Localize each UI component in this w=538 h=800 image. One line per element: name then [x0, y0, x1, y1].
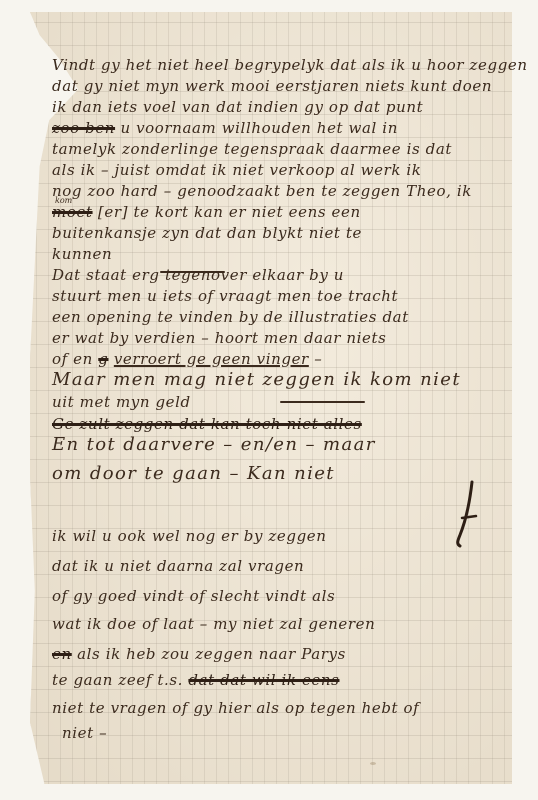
- text-line-24: wat ik doe of laat – my niet zal generen: [52, 615, 375, 633]
- text-line-11: Dat staat erg tegenover elkaar by u: [52, 266, 344, 284]
- text-line-15: of en g verroert ge geen vinger –: [52, 350, 322, 368]
- struck-text: en: [52, 645, 72, 663]
- text-line-21: ik wil u ook wel nog er by zeggen: [52, 527, 327, 545]
- underlined-text: verroert ge geen vinger: [114, 350, 309, 368]
- struck-text: zoo ben: [52, 119, 115, 137]
- line-text: als ik heb zou zeggen naar Parys: [72, 645, 346, 663]
- text-line-2: dat gy niet myn werk mooi eerstjaren nie…: [52, 77, 492, 95]
- text-line-3: ik dan iets voel van dat indien gy op da…: [52, 98, 423, 116]
- text-line-28: niet –: [62, 724, 107, 742]
- text-line-1: Vindt gy het niet heel begrypelyk dat al…: [52, 56, 528, 74]
- text-line-17: uit met myn geld: [52, 393, 191, 411]
- text-line-6: als ik – juist omdat ik niet verkoop al …: [52, 161, 422, 179]
- text-line-9: buitenkansje zyn dat dan blykt niet te: [52, 224, 362, 242]
- line-text: te gaan zeef t.s.: [52, 671, 188, 689]
- line-text: [er] te kort kan er niet eens een: [93, 203, 361, 221]
- text-line-8: moet [er] te kort kan er niet eens een: [52, 203, 361, 221]
- text-line-18: Ge zult zeggen dat kan toch niet alles: [52, 415, 362, 433]
- struck-text: dat dat wil ik eens: [188, 671, 339, 689]
- text-line-27: niet te vragen of gy hier als op tegen h…: [52, 699, 419, 717]
- text-line-10: kunnen: [52, 245, 112, 263]
- text-line-26: te gaan zeef t.s. dat dat wil ik eens: [52, 671, 339, 689]
- text-line-12: stuurt men u iets of vraagt men toe trac…: [52, 287, 398, 305]
- line-prefix: of en: [52, 350, 98, 368]
- struck-text: moet: [52, 203, 93, 221]
- text-line-5: tamelyk zonderlinge tegenspraak daarmee …: [52, 140, 452, 158]
- text-line-20: om door te gaan – Kan niet: [52, 465, 335, 483]
- text-line-7: nog zoo hard – genoodzaakt ben te zeggen…: [52, 182, 472, 200]
- text-line-19: En tot daarvere – en/en – maar: [52, 436, 376, 454]
- paper-stain: [370, 762, 376, 765]
- text-line-14: er wat by verdien – hoort men daar niets: [52, 329, 386, 347]
- line-text: u voornaam willhouden het wal in: [115, 119, 398, 137]
- text-line-25: en als ik heb zou zeggen naar Parys: [52, 645, 346, 663]
- text-line-13: een opening te vinden by de illustraties…: [52, 308, 409, 326]
- text-line-4: zoo ben u voornaam willhouden het wal in: [52, 119, 398, 137]
- separator-rule: [280, 401, 365, 403]
- struck-text: g: [98, 350, 108, 368]
- text-line-16: Maar men mag niet zeggen ik kom niet: [52, 371, 461, 389]
- closing-bracket-mark: [448, 480, 478, 550]
- struck-text: Ge zult zeggen dat kan toch niet alles: [52, 415, 362, 433]
- text-line-22: dat ik u niet daarna zal vragen: [52, 557, 304, 575]
- text-line-23: of gy goed vindt of slecht vindt als: [52, 587, 335, 605]
- line-text: –: [309, 350, 322, 368]
